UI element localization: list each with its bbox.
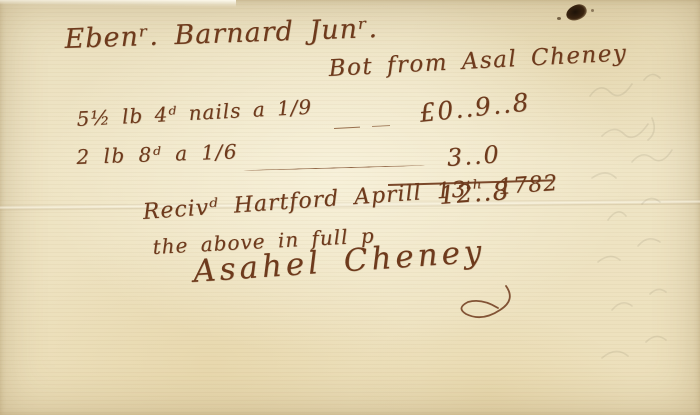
receipt-document: Ebenʳ. Barnard Junʳ. Bot from Asal Chene… [0,0,700,415]
pen-dash [372,125,390,127]
item-2-amount: 3..0 [446,140,502,172]
paper-deckle-edge [0,0,236,7]
ink-blot [564,3,588,23]
ink-speck [557,17,561,20]
ink-speck [591,9,594,12]
received-line: Recivᵈ Hartford Aprill 13ᵗʰ 1782 [142,171,559,225]
item-1-amount: £0..9..8 [418,87,532,127]
signature-flourish [408,282,528,327]
pen-dash-long [243,165,425,171]
item-2-description: 2 lb 8ᵈ a 1/6 [76,139,238,169]
item-1-description: 5½ lb 4ᵈ nails a 1/9 [76,95,313,131]
show-through-writing [582,58,694,388]
addressee-line: Ebenʳ. Barnard Junʳ. [64,13,378,55]
pen-dash [334,127,360,129]
